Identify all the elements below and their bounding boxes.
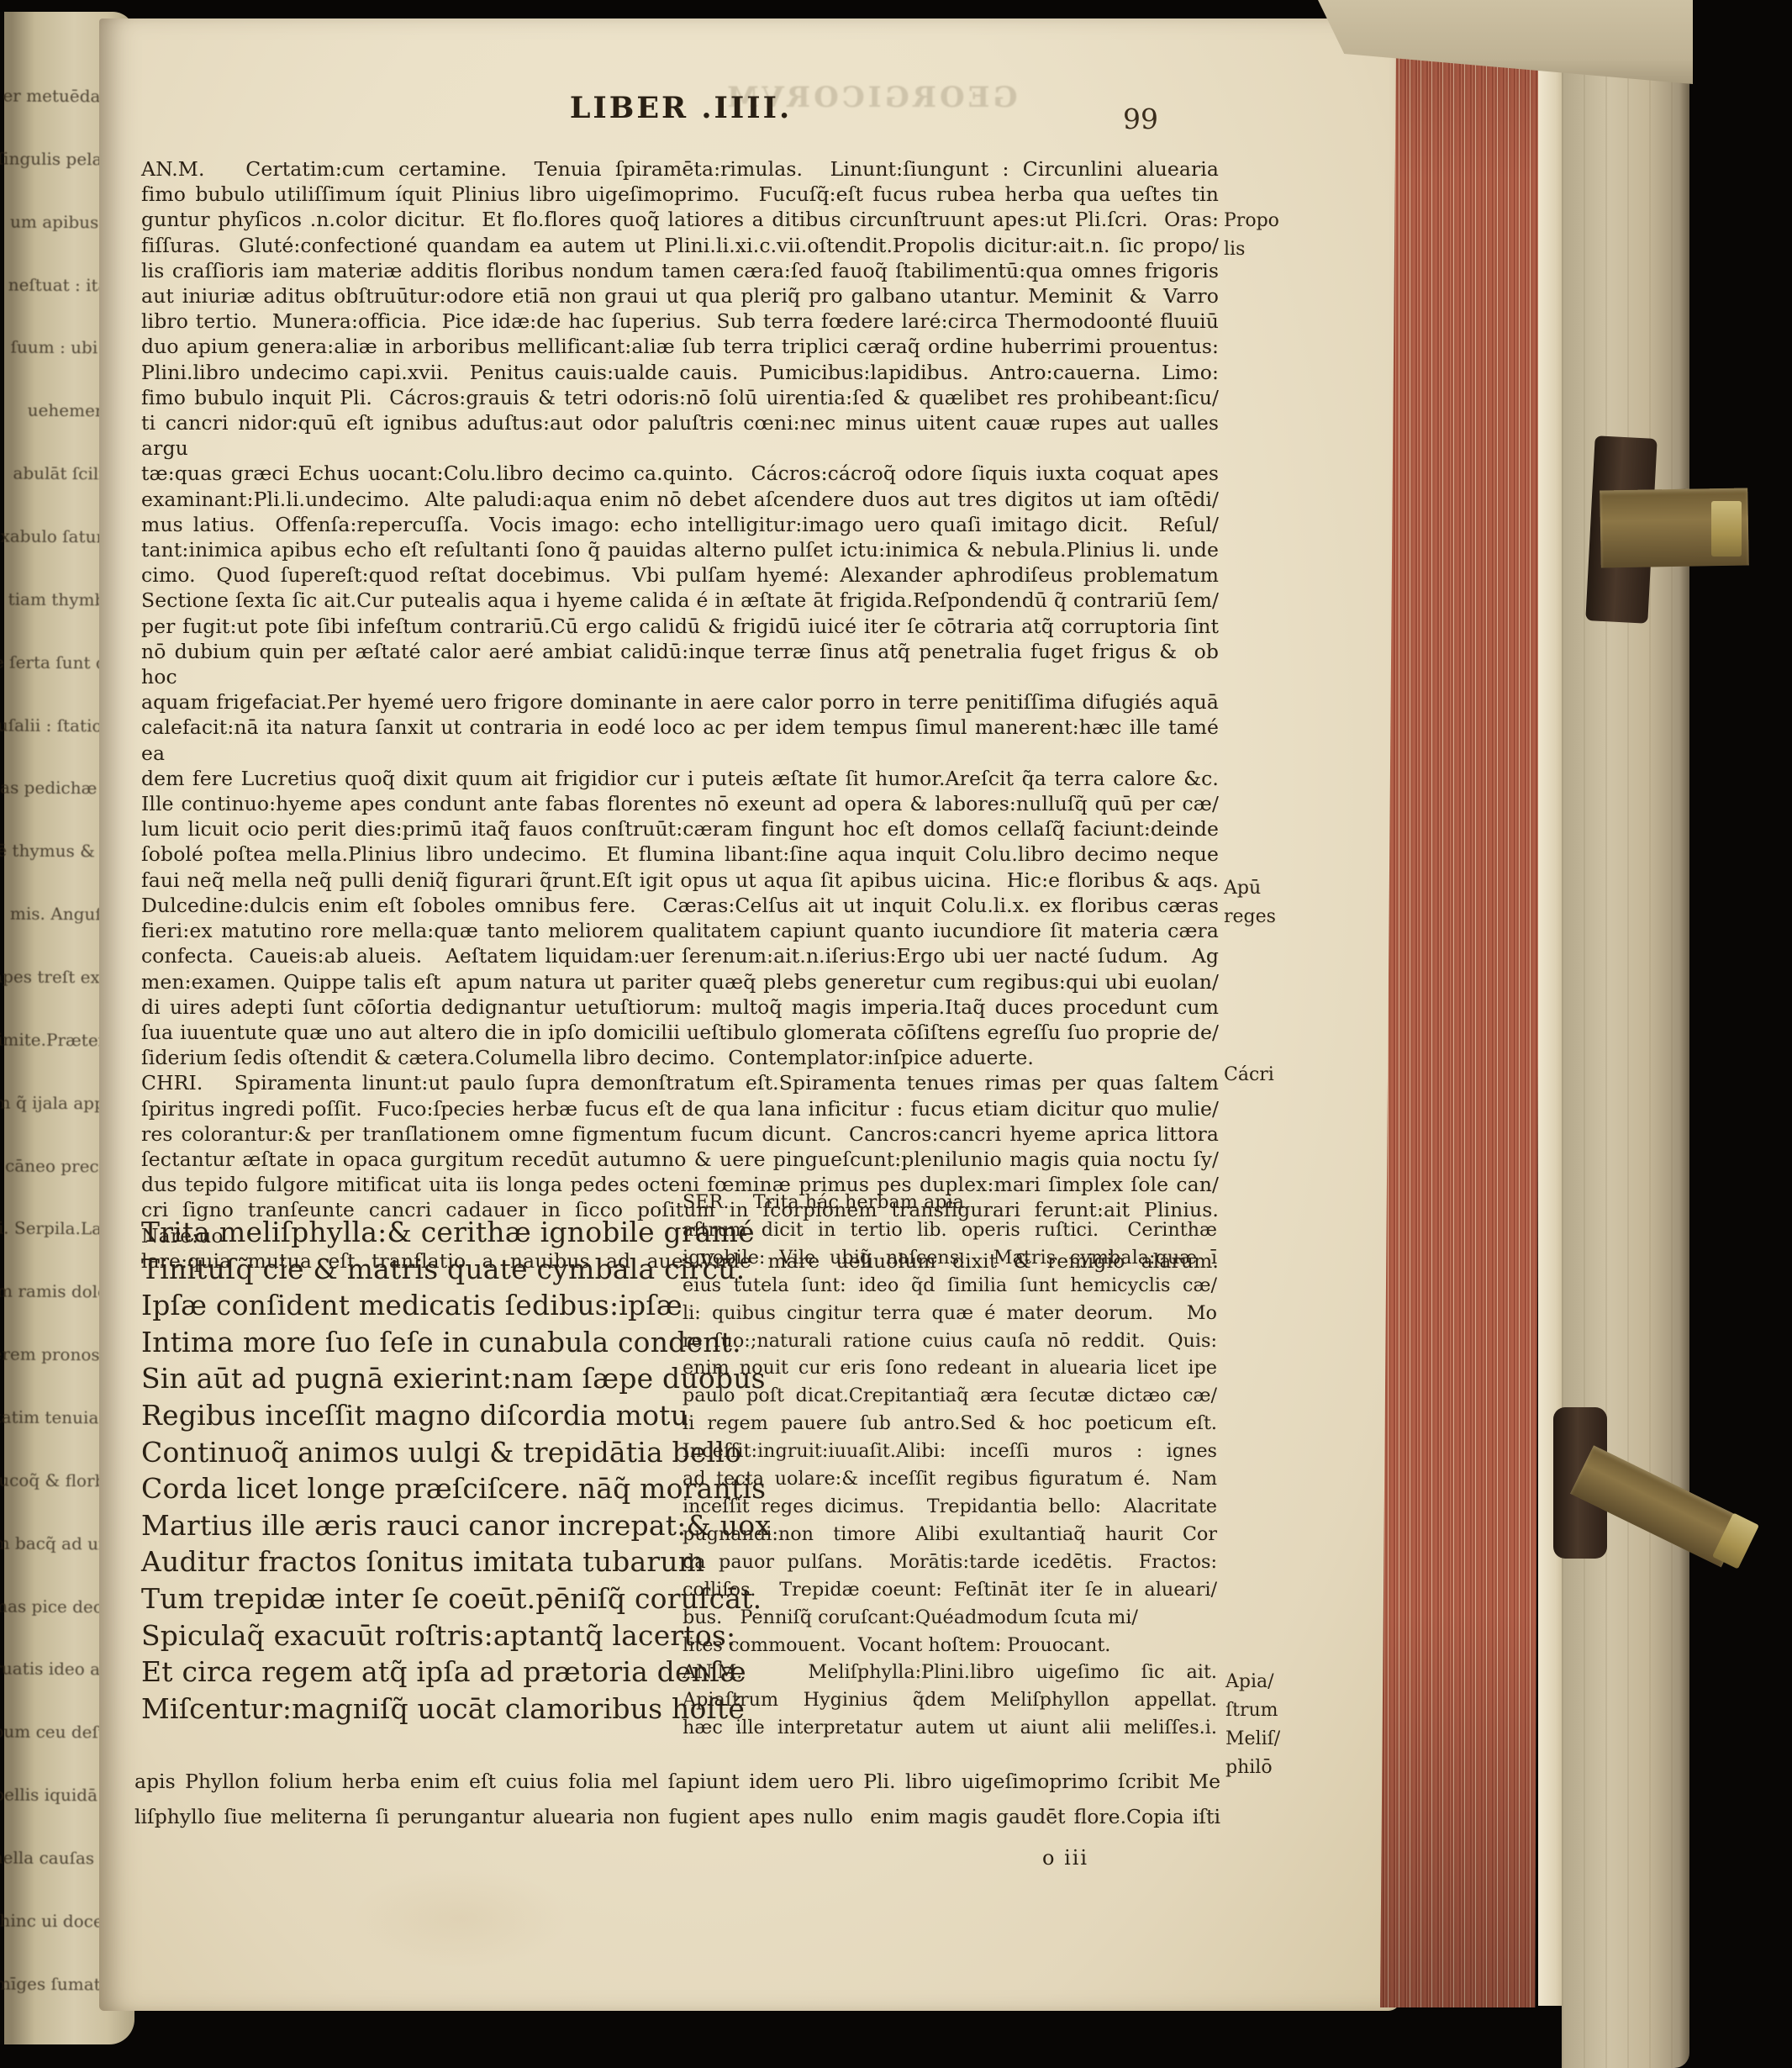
text-line: enim nouit cur eris ſono redeant in alue… <box>683 1354 1217 1382</box>
text-line: tæ:quas græci Echus uocant:Colu.libro de… <box>141 461 1219 486</box>
bottom-text-block: apis Phyllon folium herba enim eſt cuius… <box>134 1764 1220 1834</box>
signature-mark: o iii <box>1042 1846 1088 1870</box>
text-line: Plini.libro undecimo capi.xvii. Penitus … <box>141 360 1219 385</box>
verse-line: Ipſæ conſident medicatis ſedibus:ipſæ <box>141 1287 671 1324</box>
text-line: Apiaſtrum Hyginius q̃dem Meliſphyllon ap… <box>683 1686 1217 1714</box>
text-line: res colorantur:& per tranſlationem omne … <box>141 1121 1219 1147</box>
right-commentary-column: SER. Trita hác herbam apiaaſtrum dicit i… <box>683 1189 1217 1742</box>
text-line: pugnandi:non timore Alibi exultantiaq̃ h… <box>683 1521 1217 1548</box>
text-line: ſobolé poſtea mella.Plinius libro undeci… <box>141 841 1219 867</box>
verse-line: Continuoq̃ animos uulgi & trepidātia bel… <box>141 1434 671 1471</box>
margin-note-line: Apū <box>1224 874 1325 903</box>
margin-note-line: Meliſ/ <box>1225 1725 1326 1754</box>
margin-note-line: Apia/ <box>1225 1668 1326 1696</box>
verse-line: Trita meliſphylla:& cerithæ ignobile gra… <box>141 1214 671 1251</box>
text-line: lites commouent. Vocant hoſtem: Prouocan… <box>683 1632 1217 1659</box>
text-line: lis craſſioris iam materiæ additis flori… <box>141 258 1219 283</box>
verse-line: Regibus inceſſit magno diſcordia motu <box>141 1397 671 1434</box>
text-line: Sectione ſexta ſic ait.Cur putealis aqua… <box>141 588 1219 613</box>
text-line: ſua iuuentute quæ uno aut altero die in … <box>141 1020 1219 1045</box>
margin-note-apiastrum: Apia/ſtrumMeliſ/philō <box>1225 1668 1326 1782</box>
text-line: ſpiritus ingredi poſſit. Fuco:ſpecies he… <box>141 1096 1219 1121</box>
text-line: ſiderium ſedis oſtendit & cætera.Columel… <box>141 1045 1219 1070</box>
text-line: guntur phyſicos .n.color dicitur. Et flo… <box>141 207 1219 232</box>
paper-stain <box>351 1868 570 1969</box>
verse-line: Intima more ſuo ſeſe in cunabula condent… <box>141 1324 671 1361</box>
main-commentary-block: AN.M. Certatim:cum certamine. Tenuia ſpi… <box>141 156 1219 1274</box>
text-line: fimo bubulo inquit Pli. Cácros:grauis & … <box>141 385 1219 410</box>
text-line: libro tertio. Munera:officia. Pice idæ:d… <box>141 309 1219 334</box>
text-line: ad tecta uolare:& inceſſit regibus figur… <box>683 1465 1217 1493</box>
text-line: colliſos. Trepidæ coeunt: Feſtināt iter … <box>683 1576 1217 1604</box>
margin-note-line: reges <box>1224 903 1325 931</box>
verse-line: Sin aūt ad pugnā exierint:nam ſæpe duobu… <box>141 1360 671 1397</box>
text-line: per fugit:ut pote ſibi infeſtum contrari… <box>141 614 1219 639</box>
text-line: SER. Trita hác herbam apia <box>683 1189 1217 1216</box>
text-line: re ſuo:;naturali ratione cuius cauſa nō … <box>683 1327 1217 1355</box>
text-line: da pauor pulſans. Morātis:tarde icedētis… <box>683 1548 1217 1576</box>
text-line: nō dubium quin per æſtaté calor aeré amb… <box>141 639 1219 689</box>
text-line: confecta. Caueis:ab alueis. Aeſtatem liq… <box>141 943 1219 968</box>
verse-line: Tinituſq̃ cie & matris quate cymbala cir… <box>141 1251 671 1288</box>
text-line: di uires adepti ſunt cōſortia dedignantu… <box>141 994 1219 1020</box>
verse-line: Spiculaq̃ exacuūt roſtris:aptantq̃ lacer… <box>141 1617 671 1654</box>
verse-column: Trita meliſphylla:& cerithæ ignobile gra… <box>141 1214 671 1727</box>
text-line: li: quibus cingitur terra quæ é mater de… <box>683 1300 1217 1327</box>
text-line: ti cancri nidor:quū eſt ignibus aduſtus:… <box>141 410 1219 461</box>
margin-note-apum-reges: Apūreges <box>1224 874 1325 931</box>
text-line: bus. Penniſq̃ coruſcant:Quéadmodum ſcuta… <box>683 1604 1217 1632</box>
text-line: lum licuit ocio perit dies:primū itaq̃ f… <box>141 816 1219 841</box>
verse-line: Et circa regem atq̃ ipſa ad prætoria den… <box>141 1654 671 1691</box>
text-line: Inceſſit:ingruit:iuuaſit.Alibi: inceſſi … <box>683 1438 1217 1465</box>
text-line: dem fere Lucretius quoq̃ dixit quum ait … <box>141 766 1219 791</box>
margin-note-line: Propo <box>1224 207 1325 235</box>
text-line: fiſſuras. Gluté:confectioné quandam ea a… <box>141 233 1219 258</box>
page-header: GEORGICORVM LIBER .IIII. <box>143 91 1219 138</box>
red-fore-edge <box>1380 24 1542 2007</box>
verse-line: Corda licet longe præſciſcere. nāq̃ mora… <box>141 1470 671 1507</box>
verse-line: Tum trepidæ inter ſe coeūt.pēniſq̃ coruſ… <box>141 1580 671 1617</box>
text-line: ſectantur æſtate in opaca gurgitum reced… <box>141 1147 1219 1172</box>
text-line: men:examen. Quippe talis eſt apum natura… <box>141 969 1219 994</box>
text-line: apis Phyllon folium herba enim eſt cuius… <box>134 1764 1220 1799</box>
text-line: AN.M. Meliſphylla:Plini.libro uigeſimo ſ… <box>683 1659 1217 1686</box>
verse-line: Auditur fractos ſonitus imitata tubarum <box>141 1543 671 1580</box>
text-line: fimo bubulo utiliſſimum íquit Plinius li… <box>141 182 1219 207</box>
text-line: Dulcedine:dulcis enim eſt ſoboles omnibu… <box>141 893 1219 918</box>
verse-line: Miſcentur:magniſq̃ uocāt clamoribus hoſt… <box>141 1691 671 1728</box>
text-line: cimo. Quod ſupereſt:quod reſtat docebimu… <box>141 562 1219 588</box>
verse-line: Martius ille æris rauci canor increpat:&… <box>141 1507 671 1544</box>
margin-note-line: ſtrum <box>1225 1696 1326 1725</box>
text-line: mus latius. Offenſa:repercuſſa. Vocis im… <box>141 512 1219 537</box>
parchment-cover <box>1562 0 1689 2068</box>
book-clasp-upper <box>1570 437 1755 622</box>
text-line: aſtrum dicit in tertio lib. operis ruſti… <box>683 1216 1217 1244</box>
text-line: fieri:ex matutino rore mella:quæ tanto m… <box>141 918 1219 943</box>
page-edge-strip <box>1538 25 1563 2006</box>
text-line: CHRI. Spiramenta linunt:ut paulo ſupra d… <box>141 1070 1219 1095</box>
text-line: AN.M. Certatim:cum certamine. Tenuia ſpi… <box>141 156 1219 182</box>
text-line: li regem pauere ſub antro.Sed & hoc poet… <box>683 1410 1217 1438</box>
margin-note-cancri: Cácri <box>1224 1061 1325 1089</box>
text-line: tant:inimica apibus echo eſt reſultanti … <box>141 537 1219 562</box>
margin-note-propolis: Propolis <box>1224 207 1325 264</box>
book-photo: er metuēda ſeqm ſingulis pelas ſeum apib… <box>0 0 1792 2068</box>
text-line: inceſſit reges dicimus. Trepidantia bell… <box>683 1493 1217 1521</box>
text-line: examinant:Pli.li.undecimo. Alte paludi:a… <box>141 487 1219 512</box>
text-line: liſphyllo ſiue meliterna ſi perungantur … <box>134 1799 1220 1834</box>
text-line: hæc ille interpretatur autem ut aiunt al… <box>683 1714 1217 1742</box>
text-line: ignobile: Vile ubiq̃ naſcens. Matris cym… <box>683 1244 1217 1272</box>
margin-note-line: philō <box>1225 1754 1326 1782</box>
text-line: paulo poſt dicat.Crepitantiaq̃ æra ſecut… <box>683 1382 1217 1410</box>
book-clasp-lower <box>1548 1402 1758 1596</box>
margin-note-line: Cácri <box>1224 1061 1325 1089</box>
clasp-brass-tip <box>1711 501 1742 557</box>
text-line: aquam frigefaciat.Per hyemé uero frigore… <box>141 689 1219 715</box>
text-line: Ille continuo:hyeme apes condunt ante fa… <box>141 791 1219 816</box>
margin-note-line: lis <box>1224 235 1325 264</box>
text-line: aut iniuriæ aditus obſtruūtur:odore etiā… <box>141 283 1219 309</box>
text-line: faui neq̃ mella neq̃ pulli deniq̃ figura… <box>141 868 1219 893</box>
running-title: LIBER .IIII. <box>143 91 1219 125</box>
folio-number: 99 <box>1123 103 1158 135</box>
text-line: duo apium genera:aliæ in arboribus melli… <box>141 334 1219 359</box>
text-line: eius tutela ſunt: ideo q̃d ſimilia ſunt … <box>683 1272 1217 1300</box>
text-line: calefacit:nā ita natura ſanxit ut contra… <box>141 715 1219 765</box>
